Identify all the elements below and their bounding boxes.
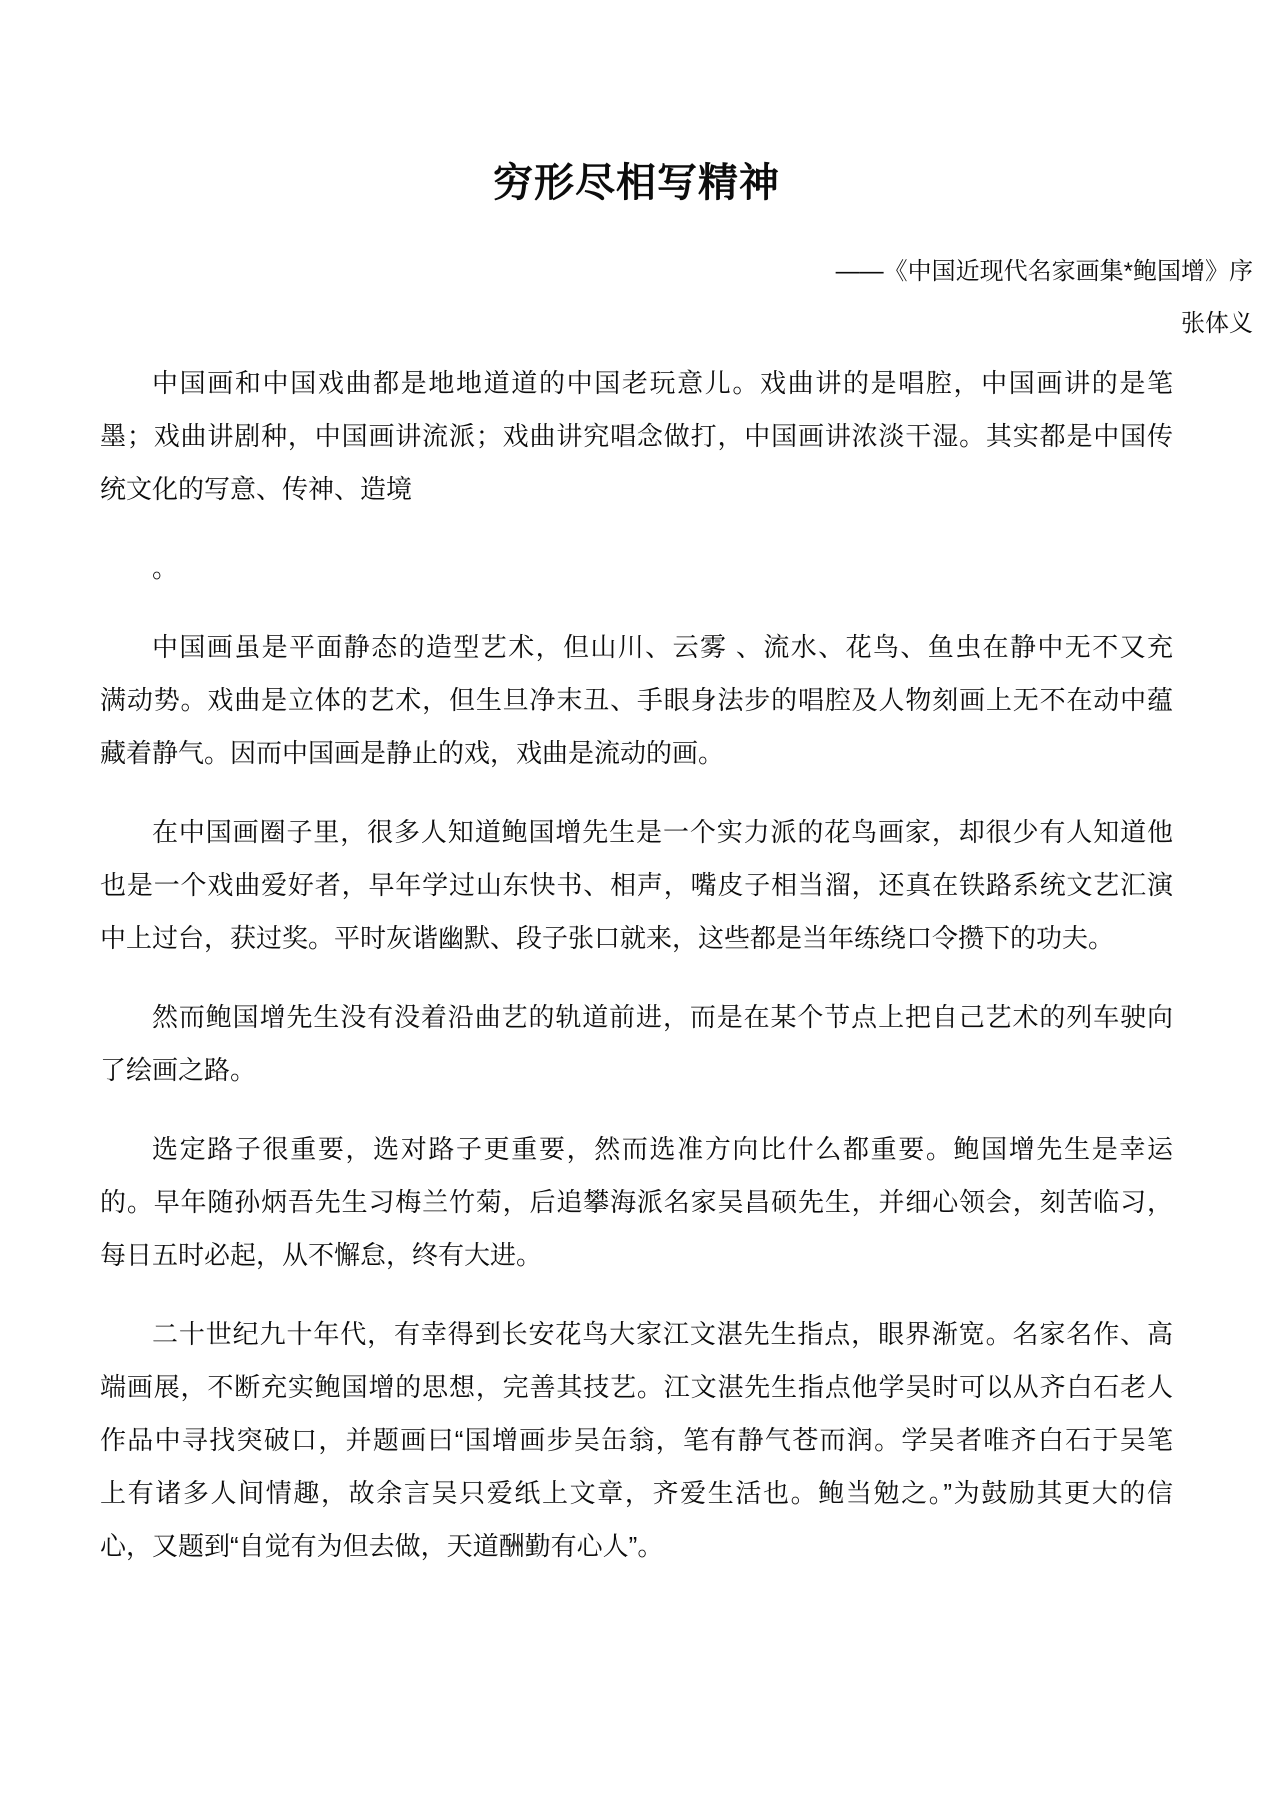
- text-line: 二十世纪九十年代，有幸得到长安花鸟大家江文湛先生指点，眼界渐宽。名家名作、高: [100, 1308, 1173, 1361]
- text-line: 统文化的写意、传神、造境: [100, 463, 1173, 516]
- paragraph-4: 在中国画圈子里，很多人知道鲍国增先生是一个实力派的花鸟画家，却很少有人知道他 也…: [100, 806, 1173, 965]
- text-line: 了绘画之路。: [100, 1044, 1173, 1097]
- text-line: 端画展，不断充实鲍国增的思想，完善其技艺。江文湛先生指点他学吴时可以从齐白石老人: [100, 1361, 1173, 1414]
- paragraph-5: 然而鲍国增先生没有没着沿曲艺的轨道前进，而是在某个节点上把自己艺术的列车驶向 了…: [100, 991, 1173, 1097]
- page-title: 穷形尽相写精神: [0, 0, 1273, 203]
- text-line: 。: [100, 542, 1173, 595]
- paragraph-6: 选定路子很重要，选对路子更重要，然而选准方向比什么都重要。鲍国增先生是幸运 的。…: [100, 1123, 1173, 1282]
- subtitle: ——《中国近现代名家画集*鲍国增》序: [0, 259, 1273, 285]
- text-line: 在中国画圈子里，很多人知道鲍国增先生是一个实力派的花鸟画家，却很少有人知道他: [100, 806, 1173, 859]
- text-line: 藏着静气。因而中国画是静止的戏，戏曲是流动的画。: [100, 727, 1173, 780]
- text-line: 中上过台，获过奖。平时灰谐幽默、段子张口就来，这些都是当年练绕口令攒下的功夫。: [100, 912, 1173, 965]
- paragraph-7: 二十世纪九十年代，有幸得到长安花鸟大家江文湛先生指点，眼界渐宽。名家名作、高 端…: [100, 1308, 1173, 1573]
- text-line: 中国画和中国戏曲都是地地道道的中国老玩意儿。戏曲讲的是唱腔，中国画讲的是笔: [100, 357, 1173, 410]
- document-body: 中国画和中国戏曲都是地地道道的中国老玩意儿。戏曲讲的是唱腔，中国画讲的是笔 墨；…: [0, 357, 1273, 1573]
- text-line: 上有诸多人间情趣，故余言吴只爱纸上文章，齐爱生活也。鲍当勉之。”为鼓励其更大的信: [100, 1467, 1173, 1520]
- author-name: 张体义: [0, 311, 1273, 337]
- text-line: 作品中寻找突破口，并题画曰“国增画步吴缶翁，笔有静气苍而润。学吴者唯齐白石于吴笔: [100, 1414, 1173, 1467]
- text-line: 满动势。戏曲是立体的艺术，但生旦净末丑、手眼身法步的唱腔及人物刻画上无不在动中蕴: [100, 674, 1173, 727]
- document-page: 穷形尽相写精神 ——《中国近现代名家画集*鲍国增》序 张体义 中国画和中国戏曲都…: [0, 0, 1273, 1800]
- text-line: 每日五时必起，从不懈怠，终有大进。: [100, 1229, 1173, 1282]
- text-line: 心，又题到“自觉有为但去做，天道酬勤有心人”。: [100, 1520, 1173, 1573]
- text-line: 墨；戏曲讲剧种，中国画讲流派；戏曲讲究唱念做打，中国画讲浓淡干湿。其实都是中国传: [100, 410, 1173, 463]
- paragraph-2: 。: [100, 542, 1173, 595]
- text-line: 选定路子很重要，选对路子更重要，然而选准方向比什么都重要。鲍国增先生是幸运: [100, 1123, 1173, 1176]
- paragraph-3: 中国画虽是平面静态的造型艺术，但山川、云雾 、流水、花鸟、鱼虫在静中无不又充 满…: [100, 621, 1173, 780]
- text-line: 的。早年随孙炳吾先生习梅兰竹菊，后追攀海派名家吴昌硕先生，并细心领会，刻苦临习，: [100, 1176, 1173, 1229]
- text-line: 然而鲍国增先生没有没着沿曲艺的轨道前进，而是在某个节点上把自己艺术的列车驶向: [100, 991, 1173, 1044]
- text-line: 也是一个戏曲爱好者，早年学过山东快书、相声，嘴皮子相当溜，还真在铁路系统文艺汇演: [100, 859, 1173, 912]
- text-line: 中国画虽是平面静态的造型艺术，但山川、云雾 、流水、花鸟、鱼虫在静中无不又充: [100, 621, 1173, 674]
- paragraph-1: 中国画和中国戏曲都是地地道道的中国老玩意儿。戏曲讲的是唱腔，中国画讲的是笔 墨；…: [100, 357, 1173, 516]
